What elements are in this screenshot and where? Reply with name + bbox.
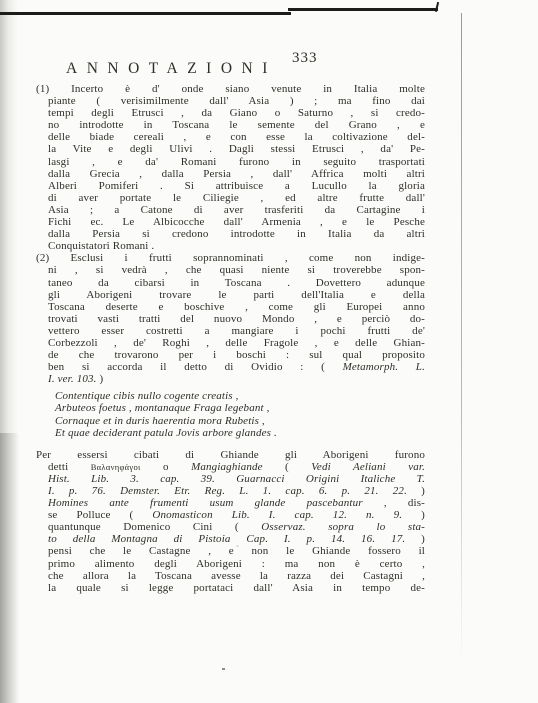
page-title: ANNOTAZIONI bbox=[66, 60, 277, 78]
body-text: vettero esser costretti a mangiare i poc… bbox=[48, 325, 425, 337]
body-text: di aver portate le Ciliegie , ed altre f… bbox=[48, 192, 425, 204]
body-text: detti bbox=[48, 461, 91, 473]
italic-text: Arbuteos foetus , montanaque Fraga legeb… bbox=[55, 402, 270, 414]
body-text: piante ( verisimilmente dall' Asia ) ; m… bbox=[48, 95, 425, 107]
body-text: Per essersi cibati di Ghiande gli Aborig… bbox=[36, 449, 425, 461]
italic-text: Hist. Lib. 3. cap. 39. Guarnacci Origini… bbox=[48, 473, 425, 485]
body-text: la Vite e degli Ulivi . Dagli stessi Etr… bbox=[48, 143, 425, 155]
body-text: ) bbox=[407, 485, 425, 497]
body-text: Alberi Pomiferi . Si attribuisce a Lucul… bbox=[48, 180, 425, 192]
body-text: dalla Persia si credono introdotte in It… bbox=[48, 228, 425, 240]
body-text: taneo da cibarsi in Toscana . Dovettero … bbox=[48, 277, 425, 289]
body-text: Asia ; a Catone di aver trasferiti da Ca… bbox=[48, 204, 425, 216]
italic-text: Et quae deciderant patula Jovis arbore g… bbox=[55, 427, 277, 439]
body-text: primo alimento degli Aborigeni : ma non … bbox=[48, 558, 425, 570]
latin-verse: Contentique cibis nullo cogente creatis … bbox=[55, 390, 425, 438]
italic-text: Contentique cibis nullo cogente creatis … bbox=[55, 390, 239, 402]
text-line: I. p. 76. Demster. Etr. Reg. L. 1. cap. … bbox=[48, 485, 425, 497]
text-line: lasgi , e da' Romani furono in seguito t… bbox=[48, 156, 425, 168]
text-line: primo alimento degli Aborigeni : ma non … bbox=[48, 558, 425, 570]
text-line: Cornaque et in duris haerentia mora Rube… bbox=[55, 415, 425, 427]
scan-top-edge-tick bbox=[435, 2, 440, 12]
text-line: ben si accorda il detto di Ovidio : ( Me… bbox=[48, 361, 425, 373]
body-text: o bbox=[141, 461, 191, 473]
body-text: Toscana deserte e boschive , come gli Eu… bbox=[48, 301, 425, 313]
text-line: Contentique cibis nullo cogente creatis … bbox=[55, 390, 425, 402]
text-line: trovati vasti tratti del nuovo Mondo , e… bbox=[48, 313, 425, 325]
text-line: la Vite e degli Ulivi . Dagli stessi Etr… bbox=[48, 143, 425, 155]
note-ghiande: Per essersi cibati di Ghiande gli Aborig… bbox=[36, 449, 425, 594]
body-text: (1) Incerto è d' onde siano venute in It… bbox=[36, 83, 425, 95]
text-line: taneo da cibarsi in Toscana . Dovettero … bbox=[48, 277, 425, 289]
body-text: tempi degli Etrusci , da Giano o Saturno… bbox=[48, 107, 425, 119]
page-header: ANNOTAZIONI bbox=[66, 60, 277, 78]
italic-text: Metamorph. L. bbox=[343, 361, 425, 373]
body-text: ) bbox=[402, 509, 425, 521]
body-text: pensi che le Castagne , e non le Ghiande… bbox=[48, 545, 425, 557]
text-line: (1) Incerto è d' onde siano venute in It… bbox=[36, 83, 425, 95]
text-line: to della Montagna di Pistoia Cap. I. p. … bbox=[48, 533, 425, 545]
italic-text: Cornaque et in duris haerentia mora Rube… bbox=[55, 415, 265, 427]
body-text: trovati vasti tratti del nuovo Mondo , e… bbox=[48, 313, 425, 325]
text-line: piante ( verisimilmente dall' Asia ) ; m… bbox=[48, 95, 425, 107]
body-text: ( bbox=[263, 461, 312, 473]
text-line: Conquistatori Romani . bbox=[48, 240, 425, 252]
body-text: la quale si legge portataci dall' Asia i… bbox=[48, 582, 425, 594]
body-text: Fichi ec. Le Albicocche dall' Armenia , … bbox=[48, 216, 425, 228]
italic-text: Vedi Aeliani var. bbox=[311, 461, 425, 473]
body-text: Conquistatori Romani . bbox=[48, 240, 154, 252]
text-line: Fichi ec. Le Albicocche dall' Armenia , … bbox=[48, 216, 425, 228]
body-text: delle biade cereali , e con esse la colt… bbox=[48, 131, 425, 143]
italic-text: Osservaz. sopra lo sta- bbox=[261, 521, 425, 533]
body-text: ) bbox=[97, 373, 104, 385]
scan-right-edge-line bbox=[461, 13, 462, 681]
text-line: I. ver. 103. ) bbox=[48, 373, 425, 385]
body-text: lasgi , e da' Romani furono in seguito t… bbox=[48, 156, 425, 168]
text-line: la quale si legge portataci dall' Asia i… bbox=[48, 582, 425, 594]
scan-top-edge-line-2 bbox=[288, 8, 438, 11]
text-line: vettero esser costretti a mangiare i poc… bbox=[48, 325, 425, 337]
footnote-1: (1) Incerto è d' onde siano venute in It… bbox=[36, 83, 425, 252]
body-text: quantunque Domenico Cini ( bbox=[48, 521, 261, 533]
body-text: ) bbox=[405, 533, 425, 545]
text-line: dalla Grecia , dalla Persia , dall' Affr… bbox=[48, 168, 425, 180]
body-text: (2) Esclusi i frutti soprannominati , co… bbox=[36, 252, 425, 264]
body-text: dalla Grecia , dalla Persia , dall' Affr… bbox=[48, 168, 425, 180]
text-line: quantunque Domenico Cini ( Osservaz. sop… bbox=[48, 521, 425, 533]
text-line: se Polluce ( Onomasticon Lib. I. cap. 12… bbox=[48, 509, 425, 521]
italic-text: Onomasticon Lib. I. cap. 12. n. 9. bbox=[152, 509, 402, 521]
text-line: ni , si vedrà , che quasi niente si trov… bbox=[48, 264, 425, 276]
italic-text: Mangiaghiande bbox=[191, 461, 263, 473]
text-line: no introdotte in Toscana le semente del … bbox=[48, 119, 425, 131]
text-line: tempi degli Etrusci , da Giano o Saturno… bbox=[48, 107, 425, 119]
scanned-book-page: ANNOTAZIONI 333 (1) Incerto è d' onde si… bbox=[0, 0, 538, 703]
italic-text: Homines ante frumenti usum glande pasceb… bbox=[48, 497, 363, 509]
footnote-2: (2) Esclusi i frutti soprannominati , co… bbox=[36, 252, 425, 385]
page-number: 333 bbox=[292, 50, 318, 67]
body-text: , dis- bbox=[363, 497, 425, 509]
body-text: ni , si vedrà , che quasi niente si trov… bbox=[48, 264, 425, 276]
body-text: che allora la Toscana avesse la razza de… bbox=[48, 570, 425, 582]
scan-corner-shadow bbox=[0, 433, 26, 703]
text-line: Corbezzoli , de' Roghi , delle Fragole ,… bbox=[48, 337, 425, 349]
text-line: Alberi Pomiferi . Si attribuisce a Lucul… bbox=[48, 180, 425, 192]
body-text: Corbezzoli , de' Roghi , delle Fragole ,… bbox=[48, 337, 425, 349]
italic-text: to della Montagna di Pistoia Cap. I. p. … bbox=[48, 533, 405, 545]
text-line: gli Aborigeni trovare le parti dell'Ital… bbox=[48, 289, 425, 301]
text-line: dalla Persia si credono introdotte in It… bbox=[48, 228, 425, 240]
text-line: de che trovarono per i boschi : sul qual… bbox=[48, 349, 425, 361]
text-line: Hist. Lib. 3. cap. 39. Guarnacci Origini… bbox=[48, 473, 425, 485]
body-text: no introdotte in Toscana le semente del … bbox=[48, 119, 425, 131]
text-line: Toscana deserte e boschive , come gli Eu… bbox=[48, 301, 425, 313]
text-line: detti Βαλανηφάγοι o Mangiaghiande ( Vedi… bbox=[48, 461, 425, 473]
text-line: Per essersi cibati di Ghiande gli Aborig… bbox=[36, 449, 425, 461]
text-line: di aver portate le Ciliegie , ed altre f… bbox=[48, 192, 425, 204]
scan-speckles bbox=[222, 668, 225, 670]
italic-text: I. ver. 103. bbox=[48, 373, 97, 385]
page-body: (1) Incerto è d' onde siano venute in It… bbox=[36, 83, 425, 594]
italic-text: I. p. 76. Demster. Etr. Reg. L. 1. cap. … bbox=[48, 485, 407, 497]
text-line: Asia ; a Catone di aver trasferiti da Ca… bbox=[48, 204, 425, 216]
text-line: che allora la Toscana avesse la razza de… bbox=[48, 570, 425, 582]
body-text: gli Aborigeni trovare le parti dell'Ital… bbox=[48, 289, 425, 301]
text-line: Homines ante frumenti usum glande pasceb… bbox=[48, 497, 425, 509]
text-line: (2) Esclusi i frutti soprannominati , co… bbox=[36, 252, 425, 264]
scan-top-edge-line bbox=[0, 12, 291, 15]
body-text: se Polluce ( bbox=[48, 509, 152, 521]
text-line: pensi che le Castagne , e non le Ghiande… bbox=[48, 545, 425, 557]
body-text: de che trovarono per i boschi : sul qual… bbox=[48, 349, 425, 361]
text-line: delle biade cereali , e con esse la colt… bbox=[48, 131, 425, 143]
text-line: Et quae deciderant patula Jovis arbore g… bbox=[55, 427, 425, 439]
text-line: Arbuteos foetus , montanaque Fraga legeb… bbox=[55, 402, 425, 414]
body-text: ben si accorda il detto di Ovidio : ( bbox=[48, 361, 343, 373]
greek-text: Βαλανηφάγοι bbox=[91, 462, 141, 472]
